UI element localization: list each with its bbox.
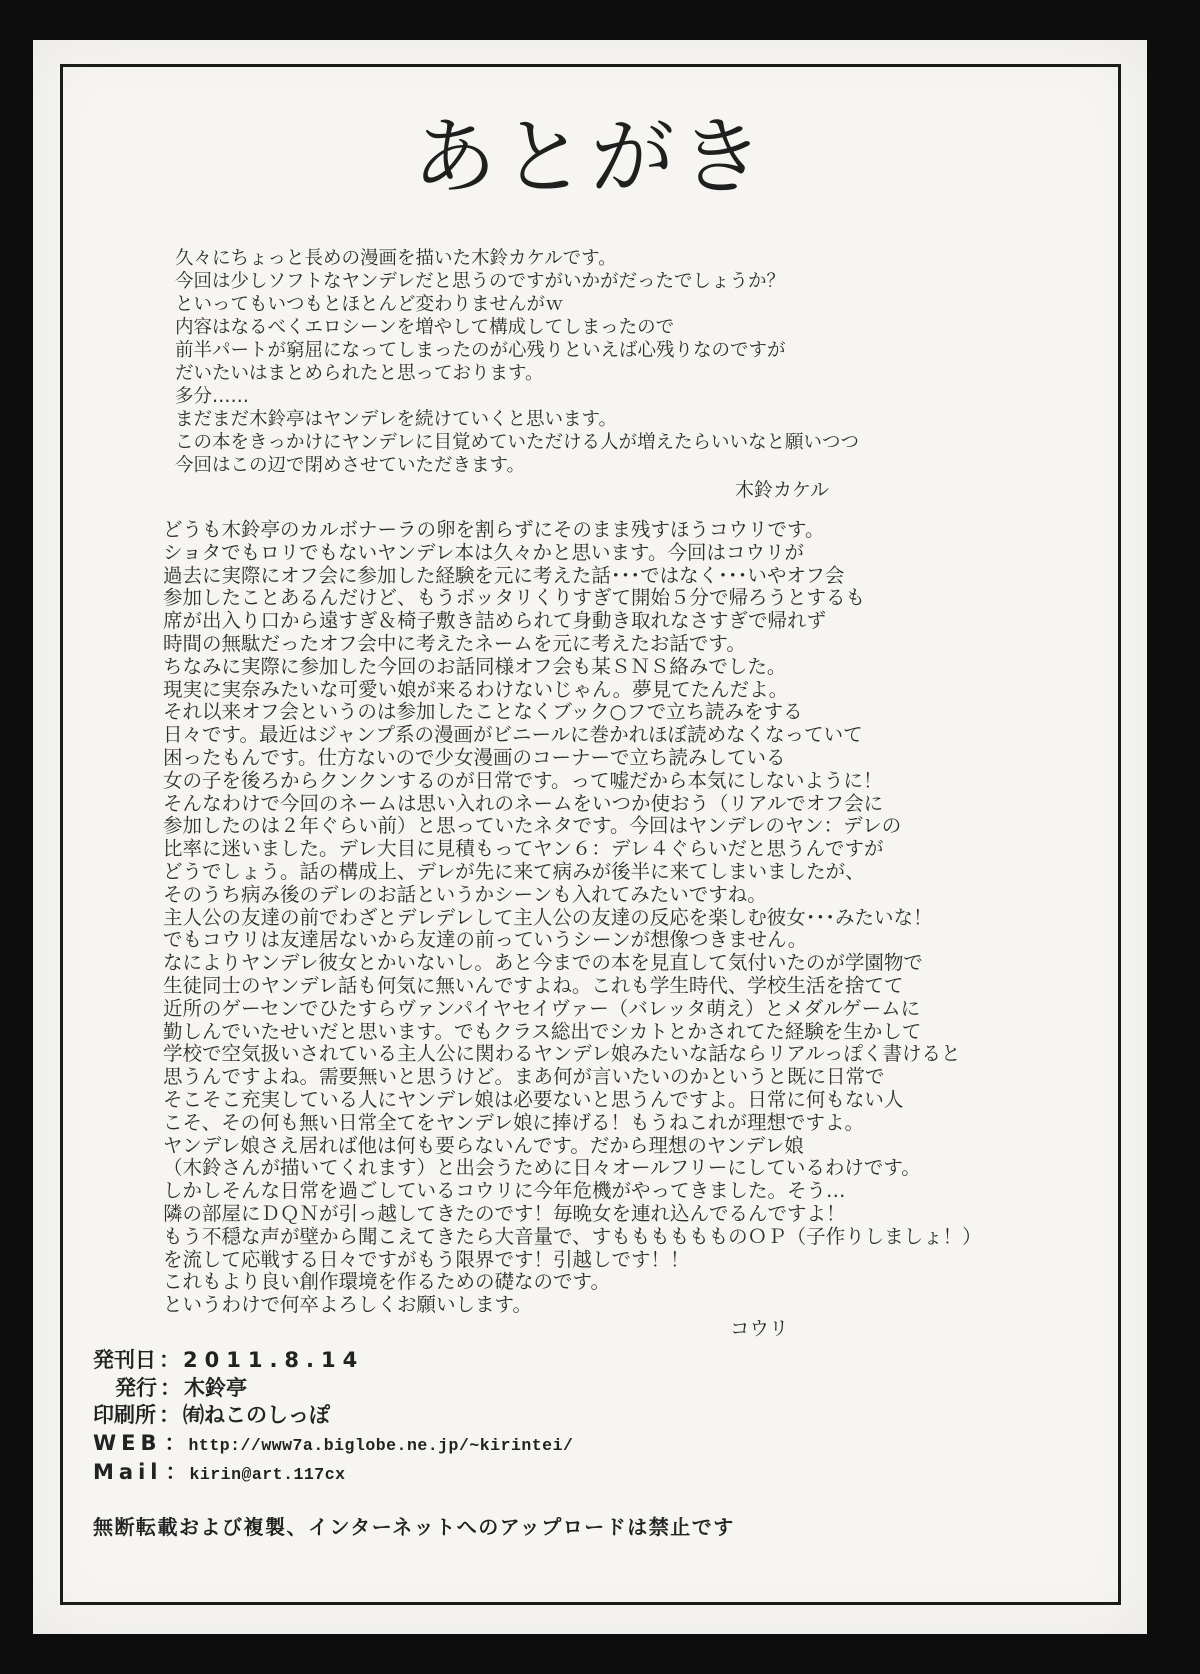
text-line: 主人公の友達の前でわざとデレデレして主人公の友達の反応を楽しむ彼女･･･みたいな…	[163, 907, 982, 930]
text-line: そのうち病み後のデレのお話というかシーンも入れてみたいですね。	[163, 884, 982, 907]
text-line: そんなわけで今回のネームは思い入れのネームをいつか使おう（リアルでオフ会に	[163, 793, 982, 816]
text-line: まだまだ木鈴亭はヤンデレを続けていくと思います。	[175, 408, 859, 431]
printer-value: ㈲ねこのしっぽ	[183, 1403, 330, 1427]
text-line: 現実に実奈みたいな可愛い娘が来るわけないじゃん。夢見てたんだよ。	[163, 679, 982, 702]
copyright-notice: 無断転載および複製、インターネットへのアップロードは禁止です	[93, 1511, 735, 1540]
text-line: そこそこ充実している人にヤンデレ娘は必要ないと思うんですよ。日常に何もない人	[163, 1089, 982, 1112]
text-line: だいたいはまとめられたと思っております。	[175, 362, 859, 385]
page-title: あとがき	[63, 111, 1118, 203]
text-line: どうでしょう。話の構成上、デレが先に来て病みが後半に来てしまいましたが、	[163, 861, 982, 884]
text-line: 思うんですよね。需要無いと思うけど。まあ何が言いたいのかというと既に日常で	[163, 1066, 982, 1089]
publisher-value: 木鈴亭	[184, 1376, 247, 1400]
colophon-separator: ：	[157, 1376, 184, 1400]
text-line: 時間の無駄だったオフ会中に考えたネームを元に考えたお話です。	[163, 633, 982, 656]
text-line: というわけで何卒よろしくお願いします。	[163, 1294, 982, 1317]
text-line: 参加したことあるんだけど、もうボッタリくりすぎて開始５分で帰ろうとするも	[163, 587, 982, 610]
colophon-label: 発行	[115, 1376, 157, 1400]
text-line: ショタでもロリでもないヤンデレ本は久々かと思います。今回はコウリが	[163, 542, 982, 565]
text-line: でもコウリは友達居ないから友達の前っていうシーンが想像つきません。	[163, 929, 982, 952]
paper-sheet: あとがき 久々にちょっと長めの漫画を描いた木鈴カケルです。 今回は少しソフトなヤ…	[33, 40, 1147, 1634]
text-line: 多分……	[175, 385, 859, 408]
colophon-separator: ：	[162, 1460, 189, 1484]
colophon-separator: ：	[156, 1403, 183, 1427]
text-line: 今回は少しソフトなヤンデレだと思うのですがいかがだったでしょうか？	[175, 270, 859, 293]
text-line: 内容はなるべくエロシーンを増やして構成してしまったので	[175, 316, 859, 339]
text-line: を流して応戦する日々ですがもう限界です！引越しです！！	[163, 1249, 982, 1272]
colophon-row-publisher: 発行：木鈴亭	[115, 1375, 573, 1403]
text-line: 学校で空気扱いされている主人公に関わるヤンデレ娘みたいな話ならリアルっぽく書ける…	[163, 1043, 982, 1066]
colophon-row-printer: 印刷所：㈲ねこのしっぽ	[93, 1402, 573, 1430]
text-line: ヤンデレ娘さえ居れば他は何も要らないんです。だから理想のヤンデレ娘	[163, 1135, 982, 1158]
text-line: 比率に迷いました。デレ大目に見積もってヤン６：デレ４ぐらいだと思うんですが	[163, 838, 982, 861]
page-border-frame: あとがき 久々にちょっと長めの漫画を描いた木鈴カケルです。 今回は少しソフトなヤ…	[60, 64, 1121, 1605]
text-line: 隣の部屋にＤＱＮが引っ越してきたのです！毎晩女を連れ込んでるんですよ！	[163, 1203, 982, 1226]
text-line: （木鈴さんが描いてくれます）と出会うために日々オールフリーにしているわけです。	[163, 1157, 982, 1180]
signature-kouri: コウリ	[730, 1313, 789, 1341]
text-line: こそ、その何も無い日常全てをヤンデレ娘に捧げる！もうねこれが理想ですよ。	[163, 1112, 982, 1135]
colophon: 発刊日：2011.8.14 発行：木鈴亭 印刷所：㈲ねこのしっぽ WEB：htt…	[93, 1347, 573, 1489]
web-url-value: http://www7a.biglobe.ne.jp/~kirintei/	[189, 1436, 574, 1455]
text-line: 日々です。最近はジャンプ系の漫画がビニールに巻かれほぼ読めなくなっていて	[163, 724, 982, 747]
publish-date-value: 2011.8.14	[183, 1348, 364, 1372]
text-line: ちなみに実際に参加した今回のお話同様オフ会も某ＳＮＳ絡みでした。	[163, 656, 982, 679]
colophon-separator: ：	[162, 1431, 189, 1455]
colophon-label: 発刊日	[93, 1348, 156, 1372]
text-line: しかしそんな日常を過ごしているコウリに今年危機がやってきました。そう…	[163, 1180, 982, 1203]
colophon-label: 印刷所	[93, 1403, 156, 1427]
mail-address-value: kirin@art.117cx	[189, 1465, 345, 1484]
text-line: なによりヤンデレ彼女とかいないし。あと今までの本を見直して気付いたのが学園物で	[163, 952, 982, 975]
text-line: それ以来オフ会というのは参加したことなくブック○フで立ち読みをする	[163, 701, 982, 724]
text-line: この本をきっかけにヤンデレに目覚めていただける人が増えたらいいなと願いつつ	[175, 431, 859, 454]
text-line: 困ったもんです。仕方ないので少女漫画のコーナーで立ち読みしている	[163, 747, 982, 770]
colophon-row-publish-date: 発刊日：2011.8.14	[93, 1347, 573, 1375]
text-line: 勤しんでいたせいだと思います。でもクラス総出でシカトとかされてた経験を生かして	[163, 1021, 982, 1044]
colophon-row-mail: Mail：kirin@art.117cx	[93, 1459, 573, 1489]
text-line: 女の子を後ろからクンクンするのが日常です。って嘘だから本気にしないように！	[163, 770, 982, 793]
colophon-separator: ：	[156, 1348, 183, 1372]
colophon-label: WEB	[93, 1431, 162, 1455]
scanned-page: { "page_title": "あとがき", "afterword_kaker…	[0, 0, 1200, 1674]
text-line: 過去に実際にオフ会に参加した経験を元に考えた話･･･ではなく･･･いやオフ会	[163, 565, 982, 588]
signature-kakeru: 木鈴カケル	[735, 475, 829, 502]
text-line: これもより良い創作環境を作るための礎なのです。	[163, 1271, 982, 1294]
colophon-label: Mail	[93, 1460, 162, 1484]
text-line: 近所のゲーセンでひたすらヴァンパイヤセイヴァー（バレッタ萌え）とメダルゲームに	[163, 998, 982, 1021]
text-line: 参加したのは２年ぐらい前）と思っていたネタです。今回はヤンデレのヤン：デレの	[163, 815, 982, 838]
afterword-kakeru-paragraph: 久々にちょっと長めの漫画を描いた木鈴カケルです。 今回は少しソフトなヤンデレだと…	[175, 247, 859, 477]
text-line: 席が出入り口から遠すぎ＆椅子敷き詰められて身動き取れなさすぎで帰れず	[163, 610, 982, 633]
afterword-kouri-paragraph: どうも木鈴亭のカルボナーラの卵を割らずにそのまま残すほうコウリです。 ショタでも…	[163, 519, 982, 1317]
text-line: 久々にちょっと長めの漫画を描いた木鈴カケルです。	[175, 247, 859, 270]
colophon-row-web: WEB：http://www7a.biglobe.ne.jp/~kirintei…	[93, 1430, 573, 1460]
text-line: どうも木鈴亭のカルボナーラの卵を割らずにそのまま残すほうコウリです。	[163, 519, 982, 542]
text-line: もう不穏な声が壁から聞こえてきたら大音量で、すもももももものＯＰ（子作りしましょ…	[163, 1226, 982, 1249]
text-line: 生徒同士のヤンデレ話も何気に無いんですよね。これも学生時代、学校生活を捨てて	[163, 975, 982, 998]
text-line: 前半パートが窮屈になってしまったのが心残りといえば心残りなのですが	[175, 339, 859, 362]
text-line: といってもいつもとほとんど変わりませんがｗ	[175, 293, 859, 316]
text-line: 今回はこの辺で閉めさせていただきます。	[175, 454, 859, 477]
